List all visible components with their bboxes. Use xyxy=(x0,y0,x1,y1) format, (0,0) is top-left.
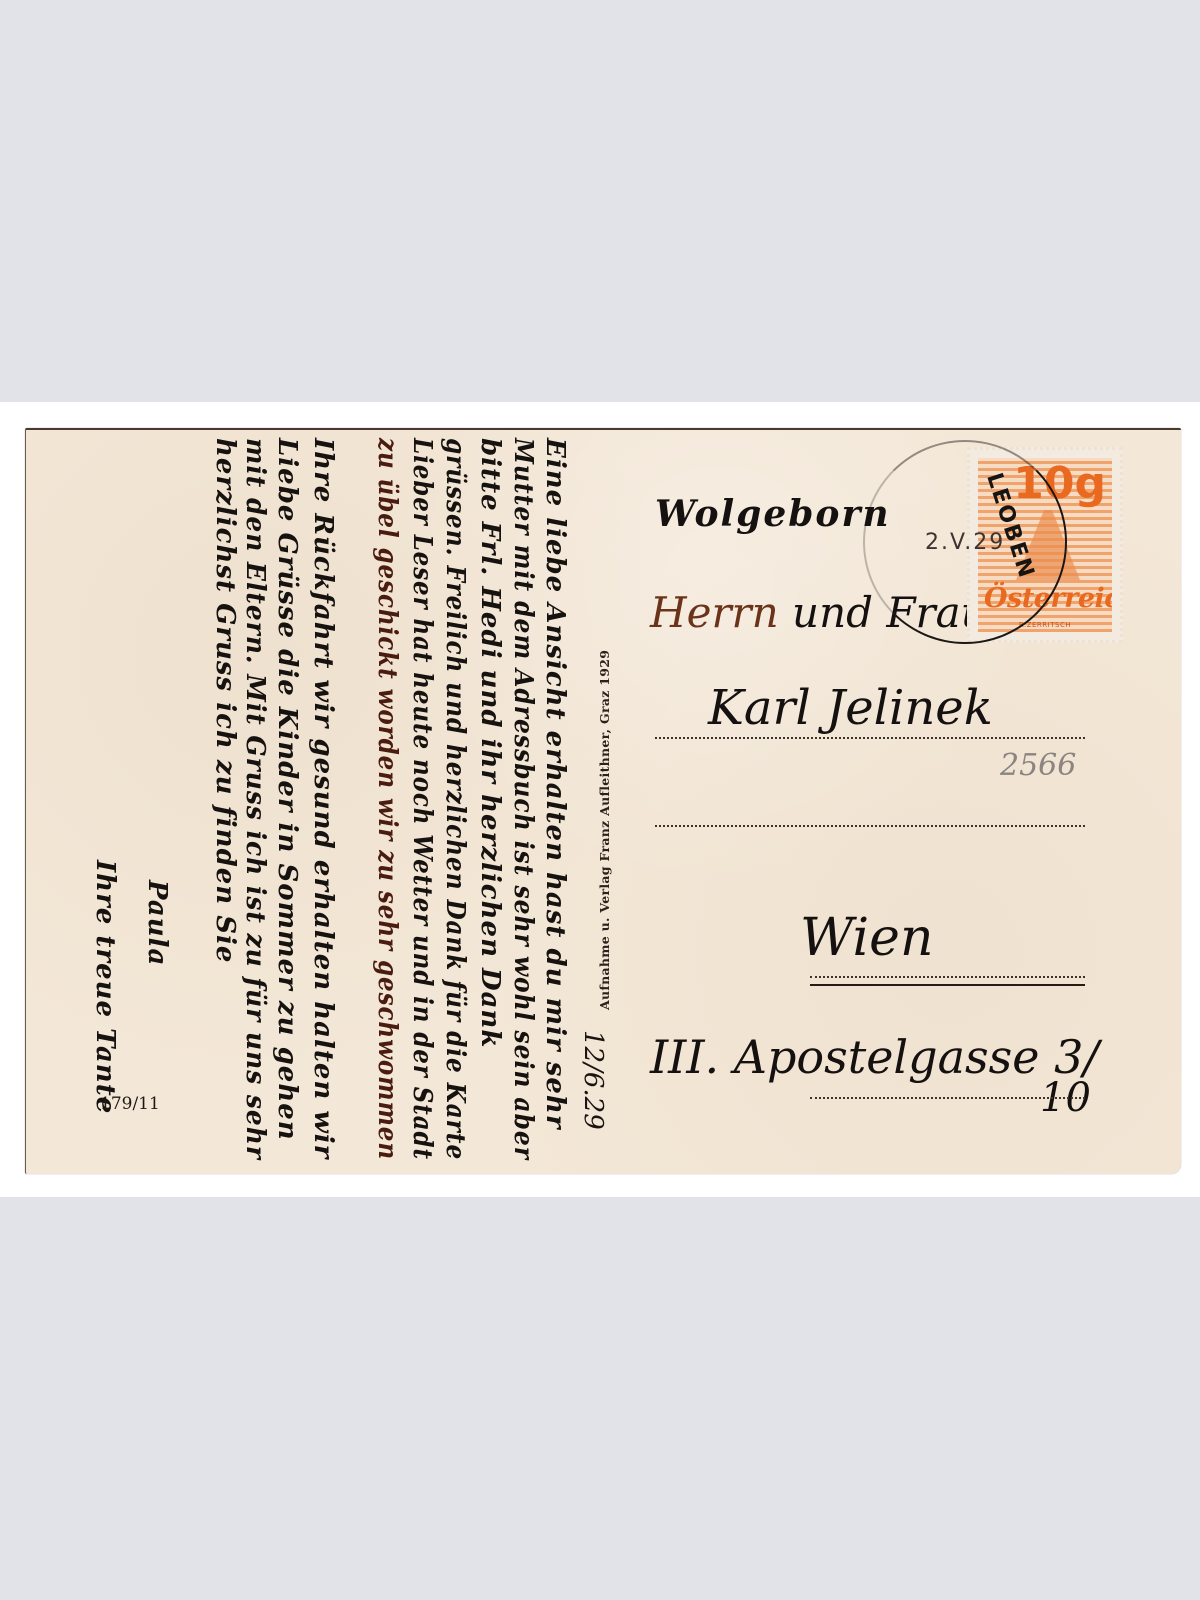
message-line: Paula xyxy=(142,880,172,966)
address-line-2 xyxy=(655,825,1085,827)
postmark-date: 2.V.29 xyxy=(925,530,1005,555)
publisher-imprint: Aufnahme u. Verlag Franz Aufleithner, Gr… xyxy=(597,650,612,1010)
city-underline xyxy=(810,984,1085,986)
salutation: Wolgeborn xyxy=(655,493,891,535)
card-number: 179/11 xyxy=(100,1094,160,1114)
street-name: III. Apostelgasse xyxy=(650,1030,1039,1084)
address-line-1 xyxy=(655,737,1085,739)
message-line: mit den Eltern. Mit Gruss ich ist zu für… xyxy=(240,438,270,1160)
message-line: Eine liebe Ansicht erhalten hast du mir … xyxy=(540,438,570,1130)
addressee-prefix: Herrn xyxy=(650,588,779,637)
message-line: Ihre Rückfahrt wir gesund erhalten halte… xyxy=(308,438,338,1159)
message-line: bitte Frl. Hedi und ihr herzlichen Dank xyxy=(475,438,505,1048)
message-date: 12/6.29 xyxy=(578,1030,608,1130)
message-line: zu übel geschickt worden wir zu sehr ges… xyxy=(372,438,402,1160)
address-line-4 xyxy=(810,1097,1085,1099)
address-city: Wien xyxy=(800,908,933,968)
message-line: Lieber Leser hat heute noch Wetter und i… xyxy=(407,438,437,1160)
message-line: Liebe Grüsse die Kinder in Sommer zu geh… xyxy=(272,438,302,1141)
addressee-name: Karl Jelinek xyxy=(708,680,993,736)
message-line: Mutter mit dem Adressbuch ist sehr wohl … xyxy=(508,438,538,1160)
address-line-3 xyxy=(810,976,1085,978)
message-line: Ihre treue Tante xyxy=(90,860,120,1114)
pencil-note: 2566 xyxy=(1000,748,1076,783)
message-line: herzlichst Gruss ich zu finden Sie xyxy=(210,438,240,963)
address-street: III. Apostelgasse 3/ xyxy=(650,1030,1099,1084)
message-line: grüssen. Freilich und herzlichen Dank fü… xyxy=(440,438,470,1160)
